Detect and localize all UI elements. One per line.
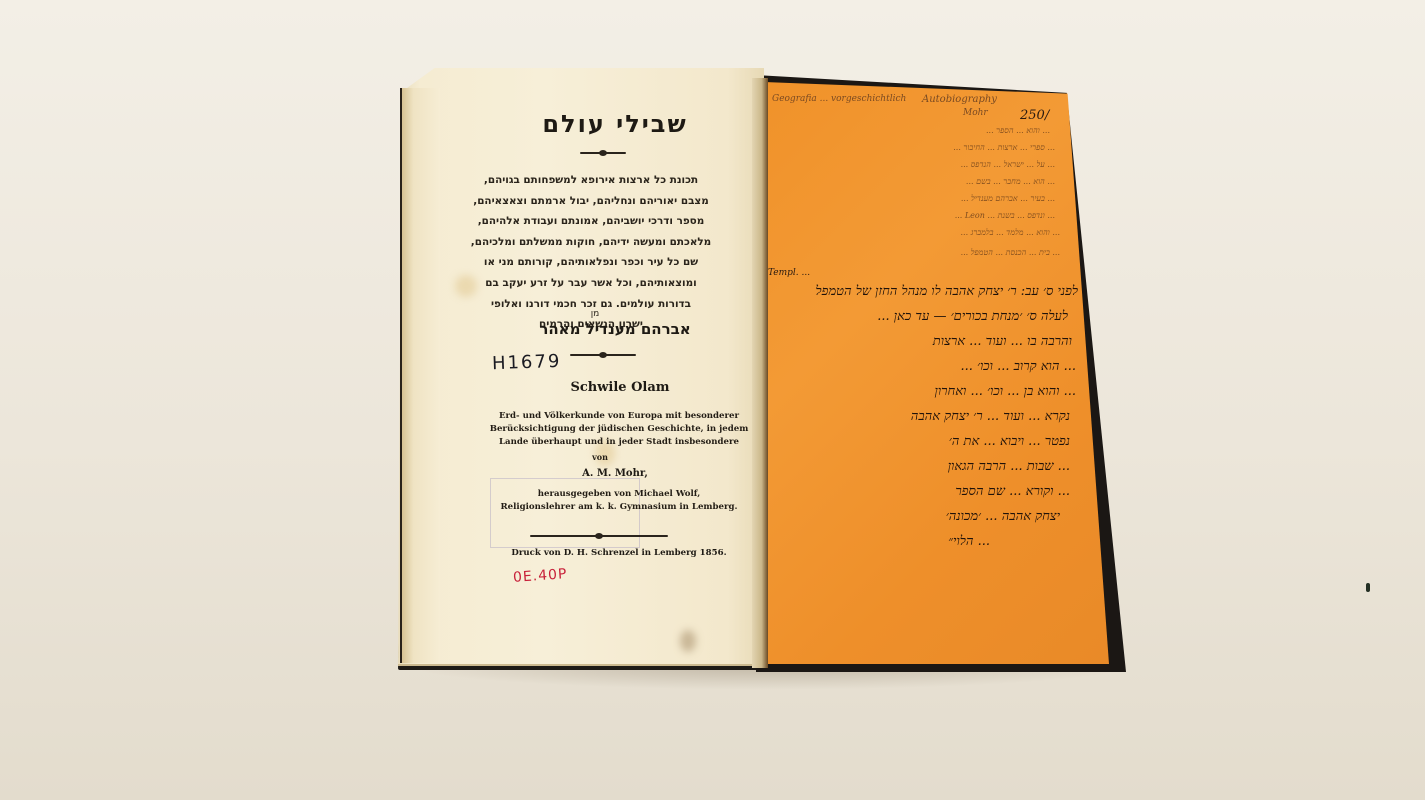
top-note-right: Autobiography xyxy=(922,94,997,105)
editor-line: herausgegeben von Michael Wolf, xyxy=(488,488,750,501)
handwritten-line: ... הלוי״ xyxy=(900,533,990,549)
handwritten-line: ... הוא קרוב ... וכו׳ ... xyxy=(776,358,1076,374)
handwritten-line: ... בית ... הכנסת ... הטמפל ... xyxy=(770,248,1060,257)
hebrew-description-line: ומוצאותיהם, וכל אשר עבר על זרע יעקב בם xyxy=(448,273,734,294)
ornament-divider xyxy=(580,152,626,154)
handwritten-line: יצחק אהבה ... ׳מכונה׳ xyxy=(780,508,1060,524)
paper-stain xyxy=(680,630,696,652)
hebrew-by: מן xyxy=(575,309,615,319)
hebrew-description-line: שם כל עיר וכפר ונפלאותיהם, קורותם מני או xyxy=(448,252,734,273)
hebrew-description-line: מלאכתם ומעשה ידיהם, חוקות ממשלתם ומלכיהם… xyxy=(448,232,734,253)
hebrew-description-line: מספר ודרכי יושביהם, אמונתם ועבודת אלהיהם… xyxy=(448,211,734,232)
hebrew-title: שבילי עולם xyxy=(500,110,730,138)
handwritten-line: ... בעיר ... אברהם מענדיל ... xyxy=(770,194,1055,203)
german-by: von xyxy=(585,452,615,462)
ornament-divider xyxy=(530,535,668,537)
german-title: Schwile Olam xyxy=(520,380,720,395)
handwritten-line: ... והוא בן ... וכו׳ ... ואחרון xyxy=(776,383,1076,399)
top-note-left: Geografia ... vorgeschichtlich xyxy=(772,94,906,104)
handwritten-line: ... שבות ... הרבה הגאון xyxy=(780,458,1070,474)
handwritten-line: ... ונדפס ... בשנת ... Leon ... xyxy=(770,211,1055,220)
handwritten-line: לפני ס׳ עב: ר׳ יצחק אהבה לו מנהל החזן של… xyxy=(768,283,1078,299)
title-page xyxy=(398,68,764,666)
german-description: Erd- und Völkerkunde von Europa mit beso… xyxy=(488,410,750,449)
hebrew-description-line: תכונת כל ארצות אירופא למשפחותם בגויהם, xyxy=(448,170,734,191)
editor-line: Religionslehrer am k. k. Gymnasium in Le… xyxy=(488,501,750,514)
handwritten-line: נפטר ... ויבוא ... את ה׳ xyxy=(780,433,1070,449)
ornament-divider xyxy=(570,354,636,356)
handwritten-shelfmark: H1679 xyxy=(492,351,562,374)
hebrew-author: אברהם מענדיל מאהר xyxy=(520,320,710,338)
handwritten-line: ... והוא ... הספר ... xyxy=(775,126,1050,135)
handwritten-line: ... ספרי ... ארצות ... החיבור ... xyxy=(770,143,1055,152)
handwritten-line: ... והוא ... מלמד ... בלמברג ... xyxy=(770,228,1060,237)
handwritten-line: ... על ... ישראל ... הנדפס ... xyxy=(770,160,1055,169)
margin-note: Templ. ... xyxy=(768,268,810,278)
handwritten-line: והרבה בו ... ועוד ... ארצות xyxy=(772,333,1072,349)
handwritten-line: ... הוא ... מחבר ... בשם ... xyxy=(770,177,1055,186)
german-editor: herausgegeben von Michael Wolf, Religion… xyxy=(488,488,750,514)
table-speck xyxy=(1366,583,1370,592)
book-gutter xyxy=(752,78,768,668)
handwritten-line: נקרא ... ועוד ... ר׳ יצחק אהבה xyxy=(780,408,1070,424)
hebrew-description-line: מצבם יאוריהם ונחליהם, יבול ארמתם וצאצאיה… xyxy=(448,191,734,212)
handwritten-line: ... וקורא ... שם הספר xyxy=(780,483,1070,499)
printer-imprint: Druck von D. H. Schrenzel in Lemberg 185… xyxy=(488,548,750,558)
top-note-right-sub: Mohr xyxy=(963,108,988,118)
page-edges xyxy=(400,88,440,663)
catalog-number: 250/ xyxy=(1020,108,1049,123)
handwritten-line: לעלה ס׳ ׳מנחת בכורים׳ — עד כאן ... xyxy=(768,308,1068,324)
